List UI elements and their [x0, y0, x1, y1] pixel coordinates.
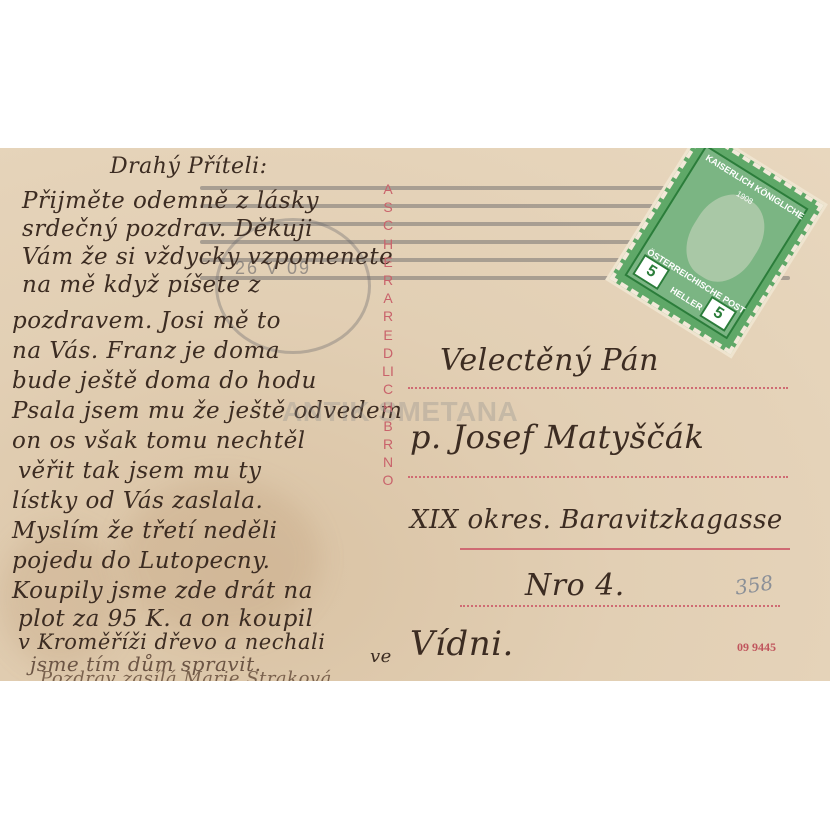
- address-rule: [408, 387, 788, 389]
- message-line: lístky od Vás zaslala.: [12, 488, 263, 514]
- message-line: pozdravem. Josi mě to: [12, 308, 281, 334]
- message-signature: Pozdrav zasílá Marie Straková: [40, 668, 332, 681]
- message-line: Vám že si vždycky vzpomenete: [22, 244, 393, 270]
- message-salutation: Drahý Příteli:: [110, 154, 268, 179]
- address-number: Nro 4.: [525, 568, 625, 603]
- address-rule: [460, 605, 780, 607]
- address-rule: [460, 548, 790, 550]
- postcard-back: 26 V 09 Drahý Příteli: Přijměte odemně z…: [0, 148, 830, 681]
- message-line: v Kroměříži dřevo a nechali: [18, 630, 325, 654]
- postage-stamp: KAISERLICH KÖNIGLICHE 1908 ÖSTERREICHISC…: [609, 148, 824, 355]
- message-line: on os však tomu nechtěl: [12, 428, 306, 454]
- message-line: bude ještě doma do hodu: [12, 368, 317, 394]
- message-line: pojedu do Lutopecny.: [12, 548, 271, 574]
- watermark: ANTIK SMETANA: [282, 396, 518, 428]
- address-rule: [408, 476, 788, 478]
- message-line: na mě když píšete z: [22, 272, 261, 298]
- serial-number: 09 9445: [737, 640, 776, 655]
- message-line: Přijměte odemně z lásky: [22, 188, 319, 214]
- address-city: Vídni.: [410, 624, 514, 664]
- publisher-imprint: ASCHER A REDLICH BRNO: [381, 180, 395, 489]
- message-line: na Vás. Franz je doma: [12, 338, 280, 364]
- message-line: Koupily jsme zde drát na: [12, 578, 313, 604]
- message-line: srdečný pozdrav. Děkuji: [22, 216, 313, 242]
- address-city-prefix: ve: [370, 646, 392, 667]
- message-line: věřit tak jsem mu ty: [18, 458, 262, 484]
- address-street: XIX okres. Baravitzkagasse: [410, 505, 783, 535]
- pencil-note: 358: [734, 570, 775, 599]
- message-line: Myslím že třetí neděli: [12, 518, 277, 544]
- message-line: plot za 95 K. a on koupil: [18, 606, 314, 632]
- address-salutation: Velectěný Pán: [440, 343, 659, 378]
